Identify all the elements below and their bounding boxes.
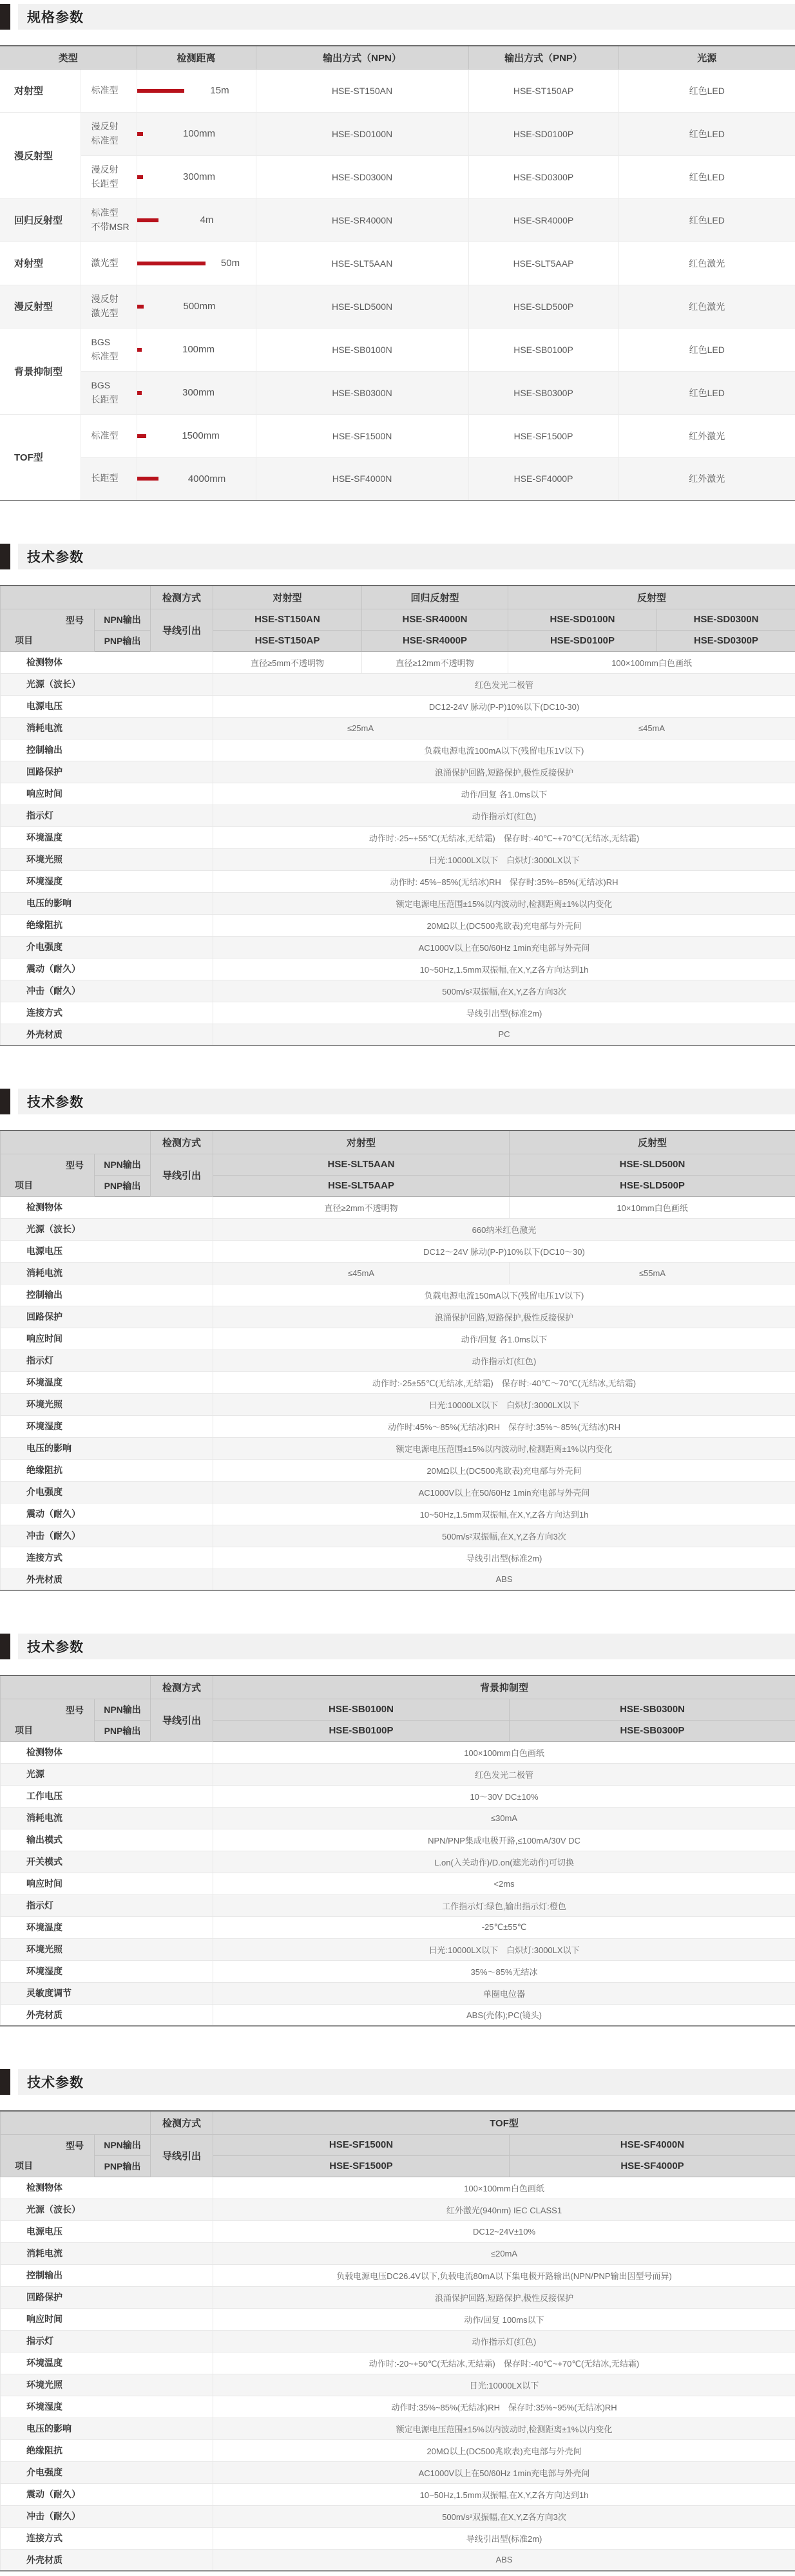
param-label: 震动（耐久）: [1, 2483, 213, 2505]
distance-cell-inner: 100mm: [137, 329, 256, 371]
pnp-model-cell: HSE-ST150AP: [468, 69, 618, 112]
tech-model-row-npn: 型号项目NPN输出导线引出HSE-ST150ANHSE-SR4000NHSE-S…: [1, 609, 795, 630]
distance-bar: [137, 434, 146, 438]
table-row: 漫反射长距型300mmHSE-SD0300NHSE-SD0300P红色LED: [0, 155, 795, 198]
distance-cell: 4m: [137, 198, 256, 242]
param-value: DC12-24V 脉动(P-P)10%以下(DC10-30): [213, 695, 795, 717]
pnp-output-label: PNP输出: [95, 1175, 151, 1196]
param-value: ≤45mA: [213, 1262, 510, 1284]
param-label: 消耗电流: [1, 2242, 213, 2264]
section-title-strip: 技术参数: [18, 2069, 795, 2095]
param-label: 电源电压: [1, 695, 213, 717]
param-value: 单圈电位器: [213, 1982, 795, 2004]
npn-model-cell: HSE-SLT5AAN: [213, 1154, 510, 1175]
param-value: AC1000V以上在50/60Hz 1min充电部与外壳间: [213, 936, 795, 958]
pnp-model-cell: HSE-SF4000P: [510, 2155, 795, 2177]
table-row: 电压的影响额定电源电压范围±15%以内波动时,检测距离±1%以内变化: [1, 1437, 795, 1459]
group-header: 对射型: [213, 586, 362, 609]
group-header: 反射型: [508, 586, 795, 609]
table-row: 光源（波长）660纳米红色激光: [1, 1218, 795, 1240]
subtype-line: 长距型: [91, 472, 137, 486]
pnp-model-cell: HSE-SF4000P: [468, 457, 618, 501]
light-source-cell: 红色LED: [618, 155, 795, 198]
tech-table-holder: 检测方式TOF型型号项目NPN输出导线引出HSE-SF1500NHSE-SF40…: [0, 2110, 795, 2571]
param-value: 20MΩ以上(DC500兆欧表)充电部与外壳间: [213, 1459, 795, 1481]
subtype-line: 漫反射: [91, 163, 137, 177]
pnp-output-label: PNP输出: [95, 630, 151, 651]
table-row: 指示灯动作指示灯(红色): [1, 2330, 795, 2352]
param-value: 660纳米红色激光: [213, 1218, 795, 1240]
param-label: 环境温度: [1, 1916, 213, 1938]
param-label: 光源（波长）: [1, 673, 213, 695]
param-label: 指示灯: [1, 2330, 213, 2352]
param-value: 负载电源电压DC26.4V以下,负载电流80mA以下集电极开路输出(NPN/PN…: [213, 2264, 795, 2286]
param-value: ≤55mA: [510, 1262, 795, 1284]
tech-table-holder: 检测方式背景抑制型型号项目NPN输出导线引出HSE-SB0100NHSE-SB0…: [0, 1675, 795, 2027]
pnp-model-cell: HSE-SLD500P: [468, 285, 618, 328]
param-label: 电压的影响: [1, 1437, 213, 1459]
table-row: 冲击（耐久）500m/s²双振幅,在X,Y,Z各方向3次: [1, 2505, 795, 2527]
distance-bar: [137, 477, 158, 481]
spec-table: 类型检测距离输出方式（NPN）输出方式（PNP）光源对射型标准型15mHSE-S…: [0, 45, 795, 501]
npn-model-cell: HSE-ST150AN: [256, 69, 468, 112]
subtype-cell: 标准型: [81, 414, 137, 457]
param-label: 连接方式: [1, 1002, 213, 1024]
table-row: 环境湿度动作时: 45%~85%(无结冰)RH 保存时:35%~85%(无结冰)…: [1, 870, 795, 892]
section-title-strip: 技术参数: [18, 1089, 795, 1114]
npn-model-cell: HSE-SR4000N: [362, 609, 508, 630]
distance-value: 500mm: [144, 301, 256, 312]
param-label: 环境湿度: [1, 870, 213, 892]
param-value: 浪涌保护回路,短路保护,极性反接保护: [213, 761, 795, 783]
subtype-line: 漫反射: [91, 120, 137, 134]
npn-model-cell: HSE-SLD500N: [510, 1154, 795, 1175]
table-row: 震动（耐久）10~50Hz,1.5mm双振幅,在X,Y,Z各方向达到1h: [1, 958, 795, 980]
distance-cell: 1500mm: [137, 414, 256, 457]
item-label: 项目: [15, 1179, 33, 1192]
column-header: 类型: [0, 46, 137, 69]
table-row: 电源电压DC12～24V 脉动(P-P)10%以下(DC10～30): [1, 1240, 795, 1262]
npn-model-cell: HSE-SR4000N: [256, 198, 468, 242]
param-value: 负载电源电流150mA以下(残留电压1V以下): [213, 1284, 795, 1306]
param-value: 20MΩ以上(DC500兆欧表)充电部与外壳间: [213, 2439, 795, 2461]
param-label: 控制输出: [1, 2264, 213, 2286]
spec-table-holder: 类型检测距离输出方式（NPN）输出方式（PNP）光源对射型标准型15mHSE-S…: [0, 45, 795, 501]
corner-blank-cell: [1, 586, 151, 609]
param-value: 红色发光二极管: [213, 1763, 795, 1785]
distance-bar: [137, 305, 144, 309]
table-row: 对射型激光型50mHSE-SLT5AANHSE-SLT5AAP红色激光: [0, 242, 795, 285]
table-row: 环境温度-25℃±55℃: [1, 1916, 795, 1938]
table-row: 连接方式导线引出型(标准2m): [1, 2527, 795, 2549]
light-source-cell: 红色LED: [618, 371, 795, 414]
group-header: 反射型: [510, 1131, 795, 1154]
light-source-cell: 红色LED: [618, 112, 795, 155]
light-source-cell: 红色激光: [618, 285, 795, 328]
group-header: TOF型: [213, 2111, 795, 2134]
light-source-cell: 红外激光: [618, 414, 795, 457]
table-row: 响应时间<2ms: [1, 1873, 795, 1894]
tech-model-row-npn: 型号项目NPN输出导线引出HSE-SF1500NHSE-SF4000N: [1, 2134, 795, 2155]
param-value: 100×100mm白色画纸: [213, 2177, 795, 2199]
subtype-line: BGS: [91, 336, 137, 350]
distance-bar: [137, 132, 143, 136]
distance-bar: [137, 391, 142, 395]
pnp-model-cell: HSE-SB0300P: [468, 371, 618, 414]
param-label: 环境光照: [1, 2374, 213, 2396]
section-tech-params: 技术参数检测方式对射型反射型型号项目NPN输出导线引出HSE-SLT5AANHS…: [0, 1089, 795, 1591]
section-title: 技术参数: [18, 1092, 84, 1111]
param-label: 环境光照: [1, 1393, 213, 1415]
section-tab-marker: [0, 2069, 10, 2095]
param-value: 额定电源电压范围±15%以内波动时,检测距离±1%以内变化: [213, 892, 795, 914]
subtype-cell: 标准型: [81, 69, 137, 112]
table-row: 检测物体直径≥5mm不透明物直径≥12mm不透明物100×100mm白色画纸: [1, 651, 795, 673]
table-row: 电压的影响额定电源电压范围±15%以内波动时,检测距离±1%以内变化: [1, 892, 795, 914]
pnp-model-cell: HSE-SB0100P: [213, 1720, 510, 1741]
pnp-model-cell: HSE-SF1500P: [468, 414, 618, 457]
param-value: 红外激光(940nm) IEC CLASS1: [213, 2199, 795, 2220]
section-spec-params: 规格参数 类型检测距离输出方式（NPN）输出方式（PNP）光源对射型标准型15m…: [0, 4, 795, 501]
model-item-corner-cell: 型号项目: [1, 1699, 95, 1741]
corner-blank-cell: [1, 1675, 151, 1699]
param-label: 检测物体: [1, 1196, 213, 1218]
subtype-cell: 漫反射长距型: [81, 155, 137, 198]
npn-model-cell: HSE-SF4000N: [510, 2134, 795, 2155]
corner-blank-cell: [1, 1131, 151, 1154]
pnp-model-cell: HSE-SD0100P: [508, 630, 657, 651]
table-row: 消耗电流≤25mA≤45mA: [1, 717, 795, 739]
param-label: 连接方式: [1, 1547, 213, 1569]
subtype-line: 激光型: [91, 256, 137, 271]
param-value: 浪涌保护回路,短路保护,极性反接保护: [213, 2286, 795, 2308]
param-label: 外壳材质: [1, 2004, 213, 2026]
param-label: 介电强度: [1, 1481, 213, 1503]
param-value: ≤25mA: [213, 717, 508, 739]
pnp-model-cell: HSE-SLT5AAP: [213, 1175, 510, 1196]
param-value: 500m/s²双振幅,在X,Y,Z各方向3次: [213, 1525, 795, 1547]
param-value: 导线引出型(标准2m): [213, 1002, 795, 1024]
pnp-model-cell: HSE-SF1500P: [213, 2155, 510, 2177]
param-value: 10~50Hz,1.5mm双振幅,在X,Y,Z各方向达到1h: [213, 1503, 795, 1525]
table-row: 震动（耐久）10~50Hz,1.5mm双振幅,在X,Y,Z各方向达到1h: [1, 1503, 795, 1525]
model-label: 型号: [66, 614, 84, 627]
npn-model-cell: HSE-SB0300N: [256, 371, 468, 414]
model-label: 型号: [66, 1159, 84, 1172]
param-label: 环境光照: [1, 848, 213, 870]
tech-table: 检测方式TOF型型号项目NPN输出导线引出HSE-SF1500NHSE-SF40…: [0, 2110, 795, 2571]
table-row: 外壳材质ABS: [1, 2549, 795, 2571]
table-row: 灵敏度调节单圈电位器: [1, 1982, 795, 2004]
item-label: 项目: [15, 2159, 33, 2172]
npn-model-cell: HSE-ST150AN: [213, 609, 362, 630]
table-row: 冲击（耐久）500m/s²双振幅,在X,Y,Z各方向3次: [1, 1525, 795, 1547]
subtype-cell: BGS长距型: [81, 371, 137, 414]
pnp-model-cell: HSE-SB0100P: [468, 328, 618, 371]
param-label: 冲击（耐久）: [1, 2505, 213, 2527]
pnp-output-label: PNP输出: [95, 2155, 151, 2177]
npn-output-label: NPN输出: [95, 1154, 151, 1175]
param-value: PC: [213, 1024, 795, 1045]
table-row: 开关模式L.on(入关动作)/D.on(遮光动作)可切换: [1, 1851, 795, 1873]
table-row: 外壳材质PC: [1, 1024, 795, 1045]
table-row: 外壳材质ABS: [1, 1569, 795, 1590]
method-header: 检测方式: [151, 1131, 213, 1154]
distance-cell: 50m: [137, 242, 256, 285]
type-cell: 回归反射型: [0, 198, 81, 242]
param-value: 额定电源电压范围±15%以内波动时,检测距离±1%以内变化: [213, 2418, 795, 2439]
table-row: 响应时间动作/回复 各1.0ms以下: [1, 1328, 795, 1350]
distance-bar: [137, 218, 158, 222]
param-value: 负载电源电流100mA以下(残留电压1V以下): [213, 739, 795, 761]
param-value: 导线引出型(标准2m): [213, 1547, 795, 1569]
param-value: 导线引出型(标准2m): [213, 2527, 795, 2549]
table-row: 回归反射型标准型不带MSR4mHSE-SR4000NHSE-SR4000P红色L…: [0, 198, 795, 242]
section-header: 技术参数: [0, 544, 795, 569]
param-label: 检测物体: [1, 2177, 213, 2199]
table-row: 工作电压10～30V DC±10%: [1, 1785, 795, 1807]
column-header: 检测距离: [137, 46, 256, 69]
tech-table: 检测方式对射型回归反射型反射型型号项目NPN输出导线引出HSE-ST150ANH…: [0, 585, 795, 1046]
table-row: 响应时间动作/回复 100ms以下: [1, 2308, 795, 2330]
column-header: 输出方式（NPN）: [256, 46, 468, 69]
type-cell: 对射型: [0, 242, 81, 285]
distance-cell-inner: 500mm: [137, 285, 256, 328]
table-row: 漫反射型漫反射激光型500mmHSE-SLD500NHSE-SLD500P红色激…: [0, 285, 795, 328]
param-label: 光源: [1, 1763, 213, 1785]
model-item-corner-cell: 型号项目: [1, 609, 95, 651]
subtype-cell: 漫反射标准型: [81, 112, 137, 155]
param-label: 环境湿度: [1, 1415, 213, 1437]
param-label: 电源电压: [1, 2220, 213, 2242]
tech-table-holder: 检测方式对射型反射型型号项目NPN输出导线引出HSE-SLT5AANHSE-SL…: [0, 1130, 795, 1591]
table-row: 电源电压DC12-24V 脉动(P-P)10%以下(DC10-30): [1, 695, 795, 717]
param-label: 绝缘阻抗: [1, 1459, 213, 1481]
tech-model-row-pnp: PNP输出HSE-SF1500PHSE-SF4000P: [1, 2155, 795, 2177]
table-row: TOF型标准型1500mmHSE-SF1500NHSE-SF1500P红外激光: [0, 414, 795, 457]
distance-bar: [137, 89, 184, 93]
pnp-model-cell: HSE-SR4000P: [468, 198, 618, 242]
distance-bar: [137, 175, 143, 179]
npn-model-cell: HSE-SD0100N: [256, 112, 468, 155]
distance-cell-inner: 100mm: [137, 113, 256, 155]
section-title-strip: 技术参数: [18, 1634, 795, 1659]
section-tab-marker: [0, 4, 10, 30]
tech-header-row: 检测方式对射型反射型: [1, 1131, 795, 1154]
subtype-line: 长距型: [91, 177, 137, 191]
tech-model-row-pnp: PNP输出HSE-ST150APHSE-SR4000PHSE-SD0100PHS…: [1, 630, 795, 651]
tech-header-row: 检测方式TOF型: [1, 2111, 795, 2134]
table-row: 环境光照日光:10000LX以下 白炽灯:3000LX以下: [1, 848, 795, 870]
distance-value: 100mm: [143, 128, 256, 139]
distance-cell: 500mm: [137, 285, 256, 328]
subtype-cell: 长距型: [81, 457, 137, 501]
distance-value: 300mm: [143, 171, 256, 182]
table-row: 控制输出负载电源电压DC26.4V以下,负载电流80mA以下集电极开路输出(NP…: [1, 2264, 795, 2286]
table-row: 对射型标准型15mHSE-ST150ANHSE-ST150AP红色LED: [0, 69, 795, 112]
tech-table: 检测方式对射型反射型型号项目NPN输出导线引出HSE-SLT5AANHSE-SL…: [0, 1130, 795, 1591]
model-item-corner-cell: 型号项目: [1, 2134, 95, 2177]
param-value: 红色发光二极管: [213, 673, 795, 695]
tech-table-holder: 检测方式对射型回归反射型反射型型号项目NPN输出导线引出HSE-ST150ANH…: [0, 585, 795, 1046]
table-row: 电源电压DC12~24V±10%: [1, 2220, 795, 2242]
distance-cell: 300mm: [137, 371, 256, 414]
param-value: AC1000V以上在50/60Hz 1min充电部与外壳间: [213, 1481, 795, 1503]
param-value: NPN/PNP集成电极开路,≤100mA/30V DC: [213, 1829, 795, 1851]
subtype-line: 不带MSR: [91, 220, 137, 234]
wiring-label: 导线引出: [151, 1154, 213, 1196]
table-row: 背景抑制型BGS标准型100mmHSE-SB0100NHSE-SB0100P红色…: [0, 328, 795, 371]
table-row: 环境湿度动作时:35%~85%(无结冰)RH 保存时:35%~95%(无结冰)R…: [1, 2396, 795, 2418]
wiring-label: 导线引出: [151, 2134, 213, 2177]
table-row: 连接方式导线引出型(标准2m): [1, 1002, 795, 1024]
distance-cell: 100mm: [137, 112, 256, 155]
npn-model-cell: HSE-SLT5AAN: [256, 242, 468, 285]
param-label: 环境温度: [1, 1371, 213, 1393]
param-label: 电源电压: [1, 1240, 213, 1262]
light-source-cell: 红色LED: [618, 69, 795, 112]
param-value: 工作指示灯:绿色,输出指示灯:橙色: [213, 1894, 795, 1916]
table-row: 环境温度动作时:-20~+50℃(无结冰,无结霜) 保存时:-40℃~+70℃(…: [1, 2352, 795, 2374]
table-row: 连接方式导线引出型(标准2m): [1, 1547, 795, 1569]
subtype-line: 标准型: [91, 84, 137, 98]
param-value: DC12~24V±10%: [213, 2220, 795, 2242]
pnp-model-cell: HSE-SB0300P: [510, 1720, 795, 1741]
group-header: 回归反射型: [362, 586, 508, 609]
param-value: ABS: [213, 2549, 795, 2571]
tech-header-row: 检测方式背景抑制型: [1, 1675, 795, 1699]
param-label: 光源（波长）: [1, 1218, 213, 1240]
distance-cell: 15m: [137, 69, 256, 112]
column-header: 输出方式（PNP）: [468, 46, 618, 69]
section-title: 技术参数: [18, 1637, 84, 1656]
param-label: 外壳材质: [1, 2549, 213, 2571]
group-header: 背景抑制型: [213, 1675, 795, 1699]
param-label: 光源（波长）: [1, 2199, 213, 2220]
param-label: 震动（耐久）: [1, 1503, 213, 1525]
param-label: 开关模式: [1, 1851, 213, 1873]
table-row: 回路保护浪涌保护回路,短路保护,极性反接保护: [1, 1306, 795, 1328]
table-row: 消耗电流≤20mA: [1, 2242, 795, 2264]
section-title: 规格参数: [18, 7, 84, 26]
param-value: 35%～85%无结冰: [213, 1960, 795, 1982]
param-value: 日光:10000LX以下: [213, 2374, 795, 2396]
table-row: 控制输出负载电源电流100mA以下(残留电压1V以下): [1, 739, 795, 761]
param-label: 控制输出: [1, 1284, 213, 1306]
param-value: 500m/s²双振幅,在X,Y,Z各方向3次: [213, 2505, 795, 2527]
method-header: 检测方式: [151, 2111, 213, 2134]
section-tech-params: 技术参数检测方式背景抑制型型号项目NPN输出导线引出HSE-SB0100NHSE…: [0, 1634, 795, 2027]
item-label: 项目: [15, 634, 33, 647]
table-row: 长距型4000mmHSE-SF4000NHSE-SF4000P红外激光: [0, 457, 795, 501]
subtype-cell: 漫反射激光型: [81, 285, 137, 328]
table-row: 环境湿度动作时:45%～85%(无结冰)RH 保存时:35%～85%(无结冰)R…: [1, 1415, 795, 1437]
param-value: 动作时:-20~+50℃(无结冰,无结霜) 保存时:-40℃~+70℃(无结冰,…: [213, 2352, 795, 2374]
pnp-output-label: PNP输出: [95, 1720, 151, 1741]
param-value: 100×100mm白色画纸: [508, 651, 795, 673]
param-label: 电压的影响: [1, 2418, 213, 2439]
npn-model-cell: HSE-SB0300N: [510, 1699, 795, 1720]
subtype-line: 标准型: [91, 429, 137, 443]
npn-model-cell: HSE-SD0100N: [508, 609, 657, 630]
param-value: <2ms: [213, 1873, 795, 1894]
section-header: 技术参数: [0, 1089, 795, 1114]
param-value: 动作/回复 各1.0ms以下: [213, 1328, 795, 1350]
param-value: 10~50Hz,1.5mm双振幅,在X,Y,Z各方向达到1h: [213, 2483, 795, 2505]
tech-model-row-pnp: PNP输出HSE-SLT5AAPHSE-SLD500P: [1, 1175, 795, 1196]
table-row: 绝缘阻抗20MΩ以上(DC500兆欧表)充电部与外壳间: [1, 914, 795, 936]
param-label: 外壳材质: [1, 1024, 213, 1045]
distance-cell: 4000mm: [137, 457, 256, 501]
param-label: 工作电压: [1, 1785, 213, 1807]
param-label: 连接方式: [1, 2527, 213, 2549]
distance-cell-inner: 300mm: [137, 156, 256, 198]
section-header: 规格参数: [0, 4, 795, 30]
param-label: 指示灯: [1, 805, 213, 826]
tech-table: 检测方式背景抑制型型号项目NPN输出导线引出HSE-SB0100NHSE-SB0…: [0, 1675, 795, 2027]
table-row: 环境光照日光:10000LX以下 白炽灯:3000LX以下: [1, 1393, 795, 1415]
section-title: 技术参数: [18, 547, 84, 566]
subtype-cell: 激光型: [81, 242, 137, 285]
param-label: 环境温度: [1, 826, 213, 848]
pnp-model-cell: HSE-SLT5AAP: [468, 242, 618, 285]
light-source-cell: 红色激光: [618, 242, 795, 285]
param-label: 冲击（耐久）: [1, 1525, 213, 1547]
param-label: 震动（耐久）: [1, 958, 213, 980]
table-row: 电压的影响额定电源电压范围±15%以内波动时,检测距离±1%以内变化: [1, 2418, 795, 2439]
table-row: 环境温度动作时:-25±55℃(无结冰,无结霜) 保存时:-40℃～70℃(无结…: [1, 1371, 795, 1393]
param-label: 检测物体: [1, 1741, 213, 1763]
light-source-cell: 红色LED: [618, 198, 795, 242]
param-value: ABS(壳体);PC(镜头): [213, 2004, 795, 2026]
param-label: 环境湿度: [1, 2396, 213, 2418]
param-value: 动作时:-25±55℃(无结冰,无结霜) 保存时:-40℃～70℃(无结冰,无结…: [213, 1371, 795, 1393]
param-label: 控制输出: [1, 739, 213, 761]
pnp-model-cell: HSE-SD0300P: [468, 155, 618, 198]
param-value: 动作指示灯(红色): [213, 805, 795, 826]
param-value: 日光:10000LX以下 白炽灯:3000LX以下: [213, 1393, 795, 1415]
wiring-label: 导线引出: [151, 1699, 213, 1741]
distance-cell: 300mm: [137, 155, 256, 198]
subtype-line: 标准型: [91, 350, 137, 364]
param-label: 介电强度: [1, 936, 213, 958]
table-row: 输出模式NPN/PNP集成电极开路,≤100mA/30V DC: [1, 1829, 795, 1851]
npn-model-cell: HSE-SD0300N: [657, 609, 795, 630]
pnp-model-cell: HSE-SD0100P: [468, 112, 618, 155]
param-label: 环境湿度: [1, 1960, 213, 1982]
param-label: 回路保护: [1, 2286, 213, 2308]
subtype-line: 标准型: [91, 134, 137, 148]
section-header: 技术参数: [0, 1634, 795, 1659]
table-row: 检测物体直径≥2mm不透明物10×10mm白色画纸: [1, 1196, 795, 1218]
param-value: 额定电源电压范围±15%以内波动时,检测距离±1%以内变化: [213, 1437, 795, 1459]
param-label: 绝缘阻抗: [1, 2439, 213, 2461]
section-title-strip: 规格参数: [18, 4, 795, 30]
datasheet-page: { "colors": { "accent_red": "#b8121c", "…: [0, 0, 795, 2576]
table-row: 消耗电流≤45mA≤55mA: [1, 1262, 795, 1284]
distance-value: 15m: [184, 85, 256, 96]
table-row: 回路保护浪涌保护回路,短路保护,极性反接保护: [1, 761, 795, 783]
distance-cell-inner: 4000mm: [137, 458, 256, 501]
param-value: 动作时:35%~85%(无结冰)RH 保存时:35%~95%(无结冰)RH: [213, 2396, 795, 2418]
tech-model-row-pnp: PNP输出HSE-SB0100PHSE-SB0300P: [1, 1720, 795, 1741]
npn-model-cell: HSE-SF1500N: [256, 414, 468, 457]
param-value: 500m/s²双振幅,在X,Y,Z各方向3次: [213, 980, 795, 1002]
param-value: -25℃±55℃: [213, 1916, 795, 1938]
param-value: 直径≥2mm不透明物: [213, 1196, 510, 1218]
param-value: ≤30mA: [213, 1807, 795, 1829]
column-header: 光源: [618, 46, 795, 69]
